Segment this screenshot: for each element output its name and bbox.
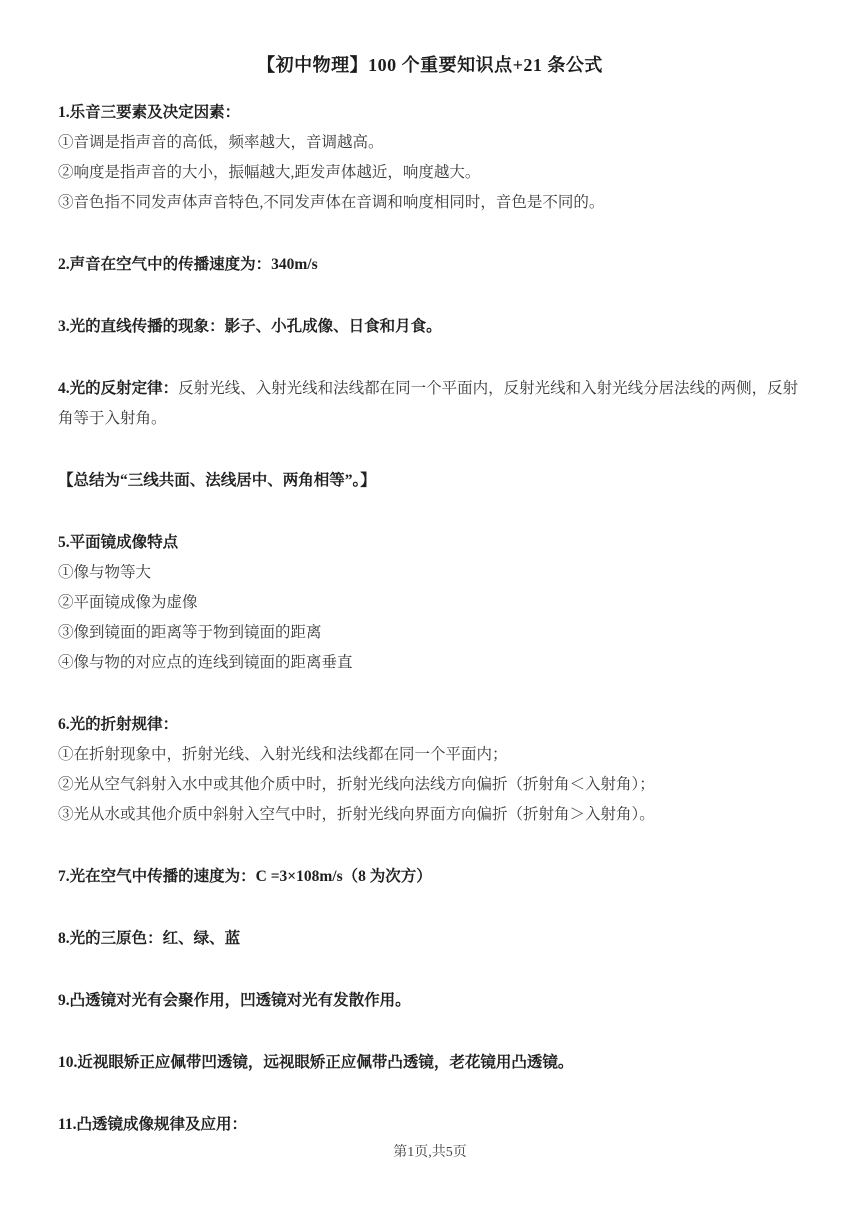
- list-item: ①像与物等大: [58, 558, 802, 588]
- list-item: ③音色指不同发声体声音特色,不同发声体在音调和响度相同时，音色是不同的。: [58, 188, 802, 218]
- summary-note: 【总结为“三线共面、法线居中、两角相等”。】: [58, 466, 802, 496]
- section-7-light-speed: 7.光在空气中传播的速度为：C =3×108m/s（8 为次方）: [58, 862, 802, 892]
- section-heading: 9.凸透镜对光有会聚作用，凹透镜对光有发散作用。: [58, 986, 802, 1016]
- list-item: ③光从水或其他介质中斜射入空气中时，折射光线向界面方向偏折（折射角＞入射角）。: [58, 800, 802, 830]
- list-item: ②响度是指声音的大小，振幅越大,距发声体越近，响度越大。: [58, 158, 802, 188]
- section-heading: 10.近视眼矫正应佩带凹透镜，远视眼矫正应佩带凸透镜，老花镜用凸透镜。: [58, 1048, 802, 1078]
- section-heading: 8.光的三原色：红、绿、蓝: [58, 924, 802, 954]
- section-heading: 7.光在空气中传播的速度为：C =3×108m/s（8 为次方）: [58, 862, 802, 892]
- section-4-reflection-law: 4.光的反射定律：反射光线、入射光线和法线都在同一个平面内，反射光线和入射光线分…: [58, 374, 802, 434]
- section-heading: 11.凸透镜成像规律及应用：: [58, 1110, 802, 1140]
- list-item: ②平面镜成像为虚像: [58, 588, 802, 618]
- section-heading: 2.声音在空气中的传播速度为：340m/s: [58, 250, 802, 280]
- list-item: ③像到镜面的距离等于物到镜面的距离: [58, 618, 802, 648]
- section-heading-lead: 4.光的反射定律：: [58, 380, 178, 397]
- list-item: ①音调是指声音的高低，频率越大，音调越高。: [58, 128, 802, 158]
- page-title: 【初中物理】100 个重要知识点+21 条公式: [58, 52, 802, 78]
- mixed-paragraph: 4.光的反射定律：反射光线、入射光线和法线都在同一个平面内，反射光线和入射光线分…: [58, 374, 802, 434]
- list-item: ④像与物的对应点的连线到镜面的距离垂直: [58, 648, 802, 678]
- section-heading: 6.光的折射规律：: [58, 710, 802, 740]
- section-6-refraction-rules: 6.光的折射规律： ①在折射现象中，折射光线、入射光线和法线都在同一个平面内； …: [58, 710, 802, 830]
- section-heading: 1.乐音三要素及决定因素：: [58, 98, 802, 128]
- list-item: ①在折射现象中，折射光线、入射光线和法线都在同一个平面内；: [58, 740, 802, 770]
- section-9-lens-effects: 9.凸透镜对光有会聚作用，凹透镜对光有发散作用。: [58, 986, 802, 1016]
- section-heading: 5.平面镜成像特点: [58, 528, 802, 558]
- section-2-sound-speed: 2.声音在空气中的传播速度为：340m/s: [58, 250, 802, 280]
- section-11-convex-lens-imaging: 11.凸透镜成像规律及应用：: [58, 1110, 802, 1140]
- section-8-primary-colors: 8.光的三原色：红、绿、蓝: [58, 924, 802, 954]
- section-heading: 3.光的直线传播的现象：影子、小孔成像、日食和月食。: [58, 312, 802, 342]
- document-page: 【初中物理】100 个重要知识点+21 条公式 1.乐音三要素及决定因素： ①音…: [0, 0, 860, 1216]
- list-item: ②光从空气斜射入水中或其他介质中时，折射光线向法线方向偏折（折射角＜入射角）；: [58, 770, 802, 800]
- section-3-light-straight-propagation: 3.光的直线传播的现象：影子、小孔成像、日食和月食。: [58, 312, 802, 342]
- section-10-vision-correction: 10.近视眼矫正应佩带凹透镜，远视眼矫正应佩带凸透镜，老花镜用凸透镜。: [58, 1048, 802, 1078]
- section-1-music-sound-elements: 1.乐音三要素及决定因素： ①音调是指声音的高低，频率越大，音调越高。 ②响度是…: [58, 98, 802, 218]
- section-summary-note: 【总结为“三线共面、法线居中、两角相等”。】: [58, 466, 802, 496]
- page-number-footer: 第1页,共5页: [0, 1138, 860, 1168]
- section-5-plane-mirror-imaging: 5.平面镜成像特点 ①像与物等大 ②平面镜成像为虚像 ③像到镜面的距离等于物到镜…: [58, 528, 802, 678]
